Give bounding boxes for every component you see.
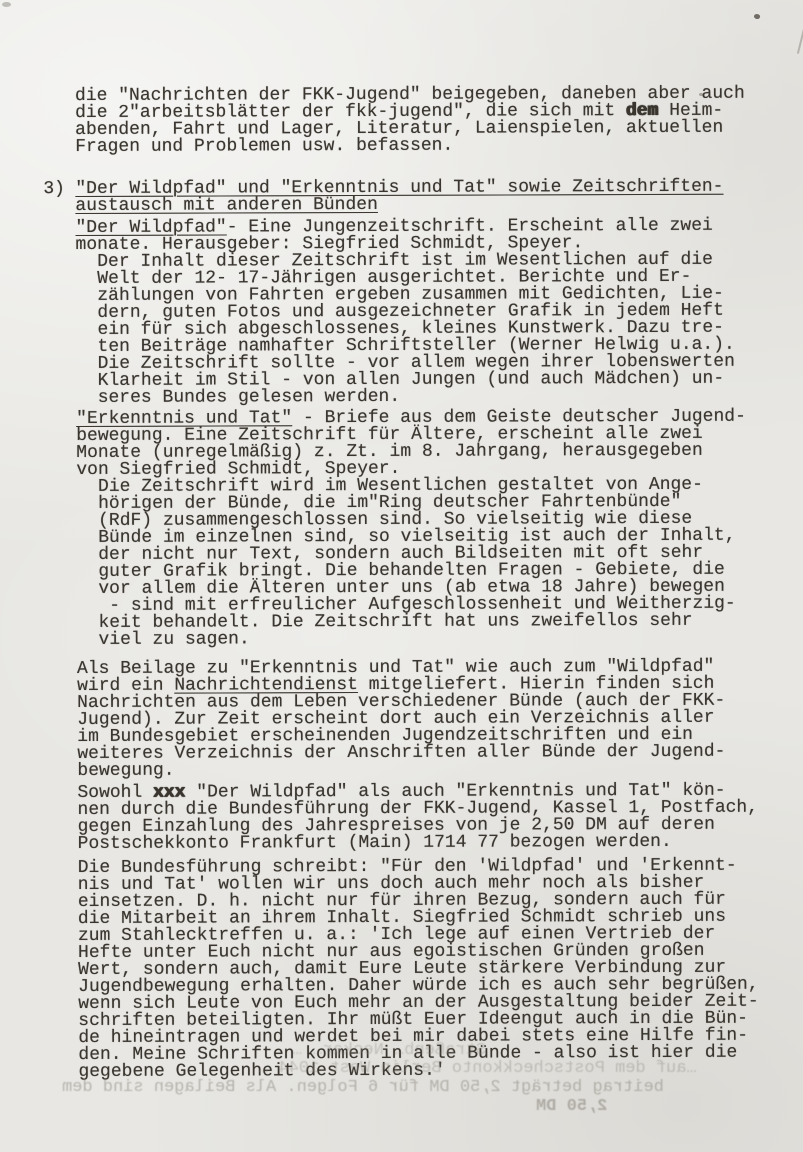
bleedthrough-line: Straßenb… Neckar… … [292, 1042, 486, 1059]
bleedthrough-line: beitrag beträgt 2,50 DM für 6 Folgen. Al… [62, 1079, 664, 1096]
scan-edge-mark [797, 28, 803, 54]
scan-speck [699, 93, 703, 96]
scan-speck [2, 2, 11, 7]
scan-speck [753, 13, 761, 20]
beilage-paragraph: Als Beilage zu "Erkenntnis und Tat" wie … [77, 659, 789, 780]
document-text: die "Nachrichten der FKK-Jugend" beigege… [75, 86, 790, 1081]
section-number: 3) [43, 181, 65, 198]
bezug-paragraph: Sowohl xxx "Der Wildpfad" als auch "Erke… [77, 783, 789, 853]
wildpfad-text: - Eine Jungenzeitschrift. Erscheint alle… [76, 216, 735, 408]
scanned-page: die "Nachrichten der FKK-Jugend" beigege… [0, 0, 803, 1152]
bleedthrough-line: …auf dem Postscheckkonto Berlin West 104… [258, 1060, 697, 1077]
section-title: "Der Wildpfad" und "Erkenntnis und Tat" … [75, 177, 723, 216]
wildpfad-paragraph: "Der Wildpfad"- Eine Jungenzeitschrift. … [75, 218, 788, 407]
erkenntnis-paragraph: "Erkenntnis und Tat" - Briefe aus dem Ge… [76, 409, 789, 649]
erkenntnis-text: - Briefe aus dem Geiste deutscher Jugend… [76, 407, 746, 650]
section-heading: 3)"Der Wildpfad" und "Erkenntnis und Tat… [75, 179, 787, 215]
bleedthrough-line: 2,50 DM [536, 1098, 607, 1115]
intro-paragraph: die "Nachrichten der FKK-Jugend" beigege… [75, 86, 787, 156]
